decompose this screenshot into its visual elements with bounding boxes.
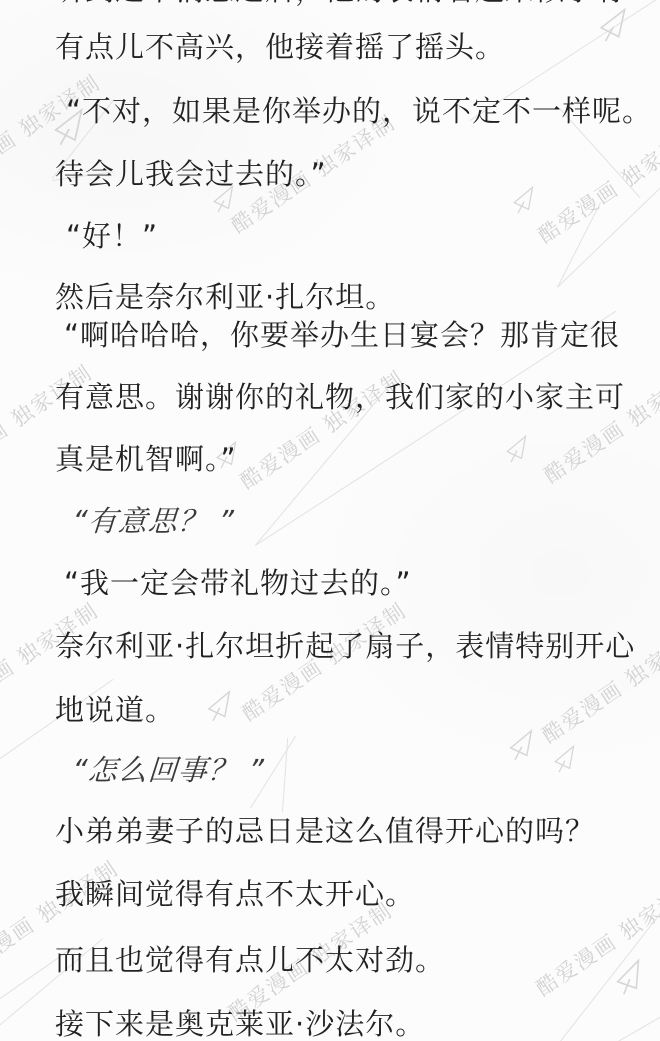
text-line: 有点儿不高兴，他接着摇了摇头。 bbox=[55, 31, 505, 64]
text-line: 然后是奈尔利亚·扎尔坦。 bbox=[55, 281, 395, 314]
text-line-inner-thought: “怎么回事？ ” bbox=[71, 754, 266, 787]
text-line-inner-thought: “有意思？ ” bbox=[71, 505, 236, 538]
text-line: 而且也觉得有点儿不太对劲。 bbox=[55, 944, 445, 977]
text-line: 奈尔利亚·扎尔坦折起了扇子，表情特别开心 bbox=[55, 630, 635, 663]
text-line: 地说道。 bbox=[55, 694, 175, 727]
text-line: “啊哈哈哈，你要举办生日宴会？那肯定很 bbox=[64, 319, 620, 352]
text-line: “好！” bbox=[66, 220, 158, 253]
text-line: 待会儿我会过去的。” bbox=[55, 158, 327, 191]
novel-reader-page: 酷爱漫画 独家译制酷爱漫画 独家译制酷爱漫画 独家译制酷爱漫画 独家译制酷爱漫画… bbox=[0, 0, 660, 1041]
text-line: 我瞬间觉得有点不太开心。 bbox=[55, 878, 415, 911]
text-line-bottom-clipped: 接下来是奥克莱亚·沙法尔。 bbox=[55, 1008, 425, 1041]
text-line: “我一定会带礼物过去的。” bbox=[64, 567, 412, 600]
text-line: “不对，如果是你举办的，说不定不一样呢。 bbox=[66, 95, 652, 128]
text-line-top-clipped: 听到这个消息之后，他的表情看起来似乎有 bbox=[55, 0, 625, 7]
text-line: 小弟弟妻子的忌日是这么值得开心的吗？ bbox=[55, 815, 595, 848]
novel-text-page: 听到这个消息之后，他的表情看起来似乎有有点儿不高兴，他接着摇了摇头。“不对，如果… bbox=[0, 0, 660, 1041]
text-line: 真是机智啊。” bbox=[55, 443, 237, 476]
text-line: 有意思。谢谢你的礼物，我们家的小家主可 bbox=[55, 381, 625, 414]
